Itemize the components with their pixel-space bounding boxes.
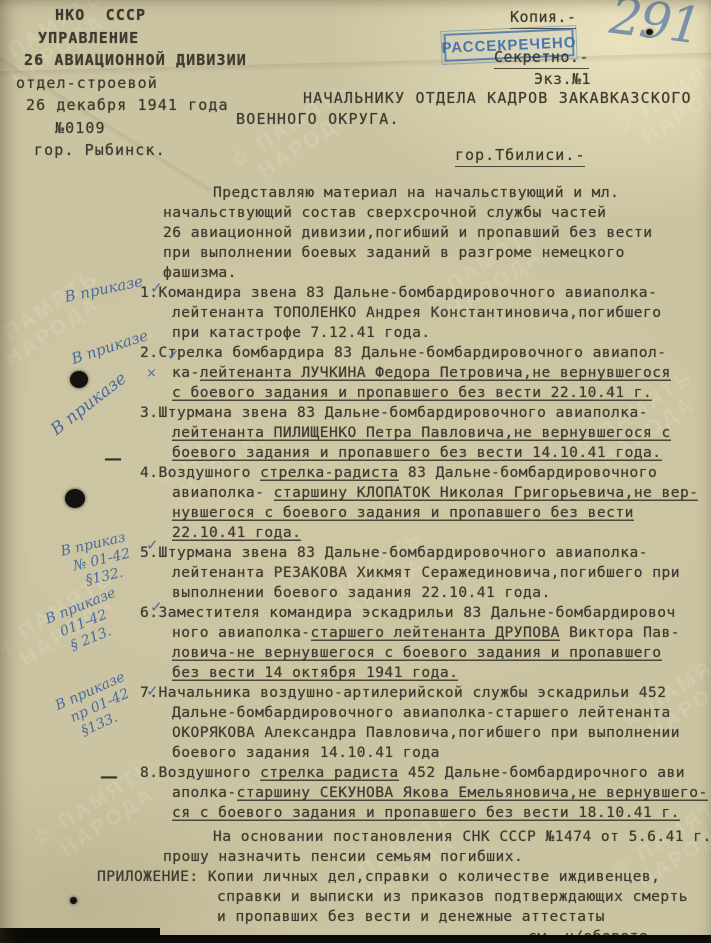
underlined-text: без вести 14 октября 1941 года. (172, 664, 458, 681)
underlined-text: ся с боевого задания и пропавшего без ве… (172, 804, 680, 821)
text-segment: выполнении боевого задания 22.10.41 года… (172, 584, 551, 601)
sender-line: НКО СССР (16, 4, 247, 27)
text-segment: начальствующий состав сверхсрочной служб… (163, 204, 606, 221)
margin-check-mark: ✓ (150, 598, 163, 616)
typed-line: и пропавших без вести и денежные аттеста… (0, 907, 711, 927)
copy-number: Экз.№1 (534, 70, 591, 88)
typed-line: ловича-не вернувшегося с боевого задания… (0, 643, 711, 663)
typed-line: 26 авиационной дивизии,погибший и пропав… (0, 223, 711, 243)
margin-dash-mark: — (100, 766, 118, 787)
addressee-city: гор.Тбилиси.- (455, 146, 585, 167)
addressee-line1: НАЧАЛЬНИКУ ОТДЕЛА КАДРОВ ЗАКАВКАЗСКОГО (303, 89, 692, 107)
text-segment: 7.Начальника воздушно-артилерийской служ… (140, 684, 666, 701)
text-segment: прошу назначить пенсии семьям погибших. (163, 848, 523, 865)
text-segment: фашизма. (163, 264, 237, 281)
text-segment: 26 авиационной дивизии,погибший и пропав… (163, 224, 653, 241)
underlined-text: старшего лейтенанта ДРУПОВА (311, 624, 560, 641)
text-segment: лейтенанта ТОПОЛЕНКО Андрея Константинов… (172, 304, 662, 321)
text-segment: при выполнении боевых заданий в разгроме… (163, 244, 625, 261)
margin-check-mark: ✓ (167, 346, 180, 364)
underlined-text: лейтенанта ПИЛИЩЕНКО Петра Павловича,не … (172, 424, 671, 441)
typed-line: прошу назначить пенсии семьям погибших. (0, 847, 711, 867)
typed-line: ся с боевого задания и пропавшего без ве… (0, 803, 711, 823)
typed-line: На основании постановления СНК СССР №147… (0, 827, 711, 847)
underlined-text: старшину КЛОПАТОК Николая Григорьевича,н… (274, 484, 699, 501)
typed-line: Представляю материал на начальствующий и… (0, 183, 711, 203)
underlined-text: лейтенанта ЛУЧКИНА Федора Петровича,не в… (200, 364, 671, 381)
punch-hole (646, 29, 653, 35)
sender-line: отдел-строевой (16, 72, 247, 95)
text-segment: авиаполка- (172, 484, 274, 501)
text-segment: 2.Стрелка бомбардира 83 Дальне-бомбардир… (140, 344, 666, 361)
text-segment: 8.Воздушного (140, 764, 260, 781)
typed-line: лейтенанта ПИЛИЩЕНКО Петра Павловича,не … (0, 423, 711, 443)
text-segment: 3.Штурмана звена 83 Дальне-бомбардировоч… (140, 404, 648, 421)
underlined-text: нувшегося с боевого задания и пропавшего… (172, 504, 634, 521)
margin-check-mark: × (146, 366, 157, 381)
text-segment: 83 Дальне-бомбардировочного (399, 464, 658, 481)
text-segment: 452 Дальне-бомбардирочного ави (399, 764, 685, 781)
text-segment: ПРИЛОЖЕНИЕ: Копии личных дел,справки о к… (97, 868, 660, 885)
text-segment: Дальне-бомбардировочного авиаполка-старш… (172, 704, 671, 721)
typed-line: 3.Штурмана звена 83 Дальне-бомбардировоч… (0, 403, 711, 423)
text-segment: 6.Заместителя командира эскадрильи 83 Да… (140, 604, 676, 621)
sender-line: 26 декабря 1941 года (16, 94, 247, 117)
typed-line: при выполнении боевых заданий в разгроме… (0, 243, 711, 263)
sender-line: УПРАВЛЕНИЕ (16, 27, 247, 50)
underlined-text: боевого задания и пропавшего без вести 1… (172, 444, 662, 461)
copy-label: Копия.- (510, 8, 576, 29)
sender-line: №0109 (16, 117, 247, 140)
scan-edge-shadow (0, 935, 711, 943)
typed-line: начальствующий состав сверхсрочной служб… (0, 203, 711, 223)
secret-label: Секретно.- (494, 48, 589, 69)
punch-hole (65, 489, 85, 508)
text-segment: лейтенанта РЕЗАКОВА Хикмят Серажединович… (172, 564, 680, 581)
typed-line: авиаполка- старшину КЛОПАТОК Николая Гри… (0, 483, 711, 503)
typed-line: боевого задания 14.10.41 года (0, 743, 711, 763)
text-segment: Виктора Пав- (560, 624, 680, 641)
text-segment: 5.Штурмана звена 83 Дальне-бомбардировоч… (140, 544, 648, 561)
text-segment: и пропавших без вести и денежные аттеста… (217, 908, 605, 925)
text-segment: ка- (172, 364, 200, 381)
text-segment: справки и выписки из приказов подтвержда… (217, 888, 688, 905)
text-segment: аполка- (172, 784, 237, 801)
sender-line: 26 АВИАЦИОННОЙ ДИВИЗИИ (16, 49, 247, 72)
text-segment: при катастрофе 7.12.41 года. (172, 324, 431, 341)
punch-hole (70, 897, 77, 904)
typed-line: справки и выписки из приказов подтвержда… (0, 887, 711, 907)
margin-check-mark: ✓ (146, 536, 159, 554)
underlined-text: 22.10.41 года. (172, 524, 301, 541)
typed-line: нувшегося с боевого задания и пропавшего… (0, 503, 711, 523)
underlined-text: стрелка-радиста (260, 464, 399, 481)
sender-block: НКО СССРУПРАВЛЕНИЕ26 АВИАЦИОННОЙ ДИВИЗИИ… (16, 4, 247, 162)
underlined-text: старшину СЕКУНОВА Якова Емельяновича,не … (237, 784, 708, 801)
typed-line: лейтенанта ТОПОЛЕНКО Андрея Константинов… (0, 303, 711, 323)
handwritten-page-number: 291 (607, 0, 703, 55)
text-segment: 4.Воздушного (140, 464, 260, 481)
sender-line: гор. Рыбинск. (16, 139, 247, 162)
text-segment: Представляю материал на начальствующий и… (213, 184, 619, 201)
text-segment: 1.Командира звена 83 Дальне-бомбардирово… (140, 284, 657, 301)
typed-line: ПРИЛОЖЕНИЕ: Копии личных дел,справки о к… (0, 867, 711, 887)
document-page: ☆ ПАМЯТЬ НАРОДА☆ ПАМЯТЬ НАРОДА☆ ПАМЯТЬ Н… (0, 0, 711, 943)
text-segment: ОКОРЯКОВА Александра Павловича,погибшего… (172, 724, 680, 741)
margin-dash-mark: — (104, 448, 122, 469)
margin-check-mark: ✓ (146, 682, 159, 700)
underlined-text: стрелка радиста (260, 764, 399, 781)
addressee-line2: ВОЕННОГО ОКРУГА. (236, 110, 400, 128)
underlined-text: ловича-не вернувшегося с боевого задания… (172, 644, 662, 661)
margin-check-mark: ✓ (150, 279, 163, 297)
text-segment: ного авиаполка- (172, 624, 311, 641)
text-segment: боевого задания 14.10.41 года (172, 744, 440, 761)
text-segment: На основании постановления СНК СССР №147… (213, 828, 711, 845)
underlined-text: с боевого задания и пропавшего без вести… (172, 384, 652, 401)
punch-hole (70, 371, 88, 388)
